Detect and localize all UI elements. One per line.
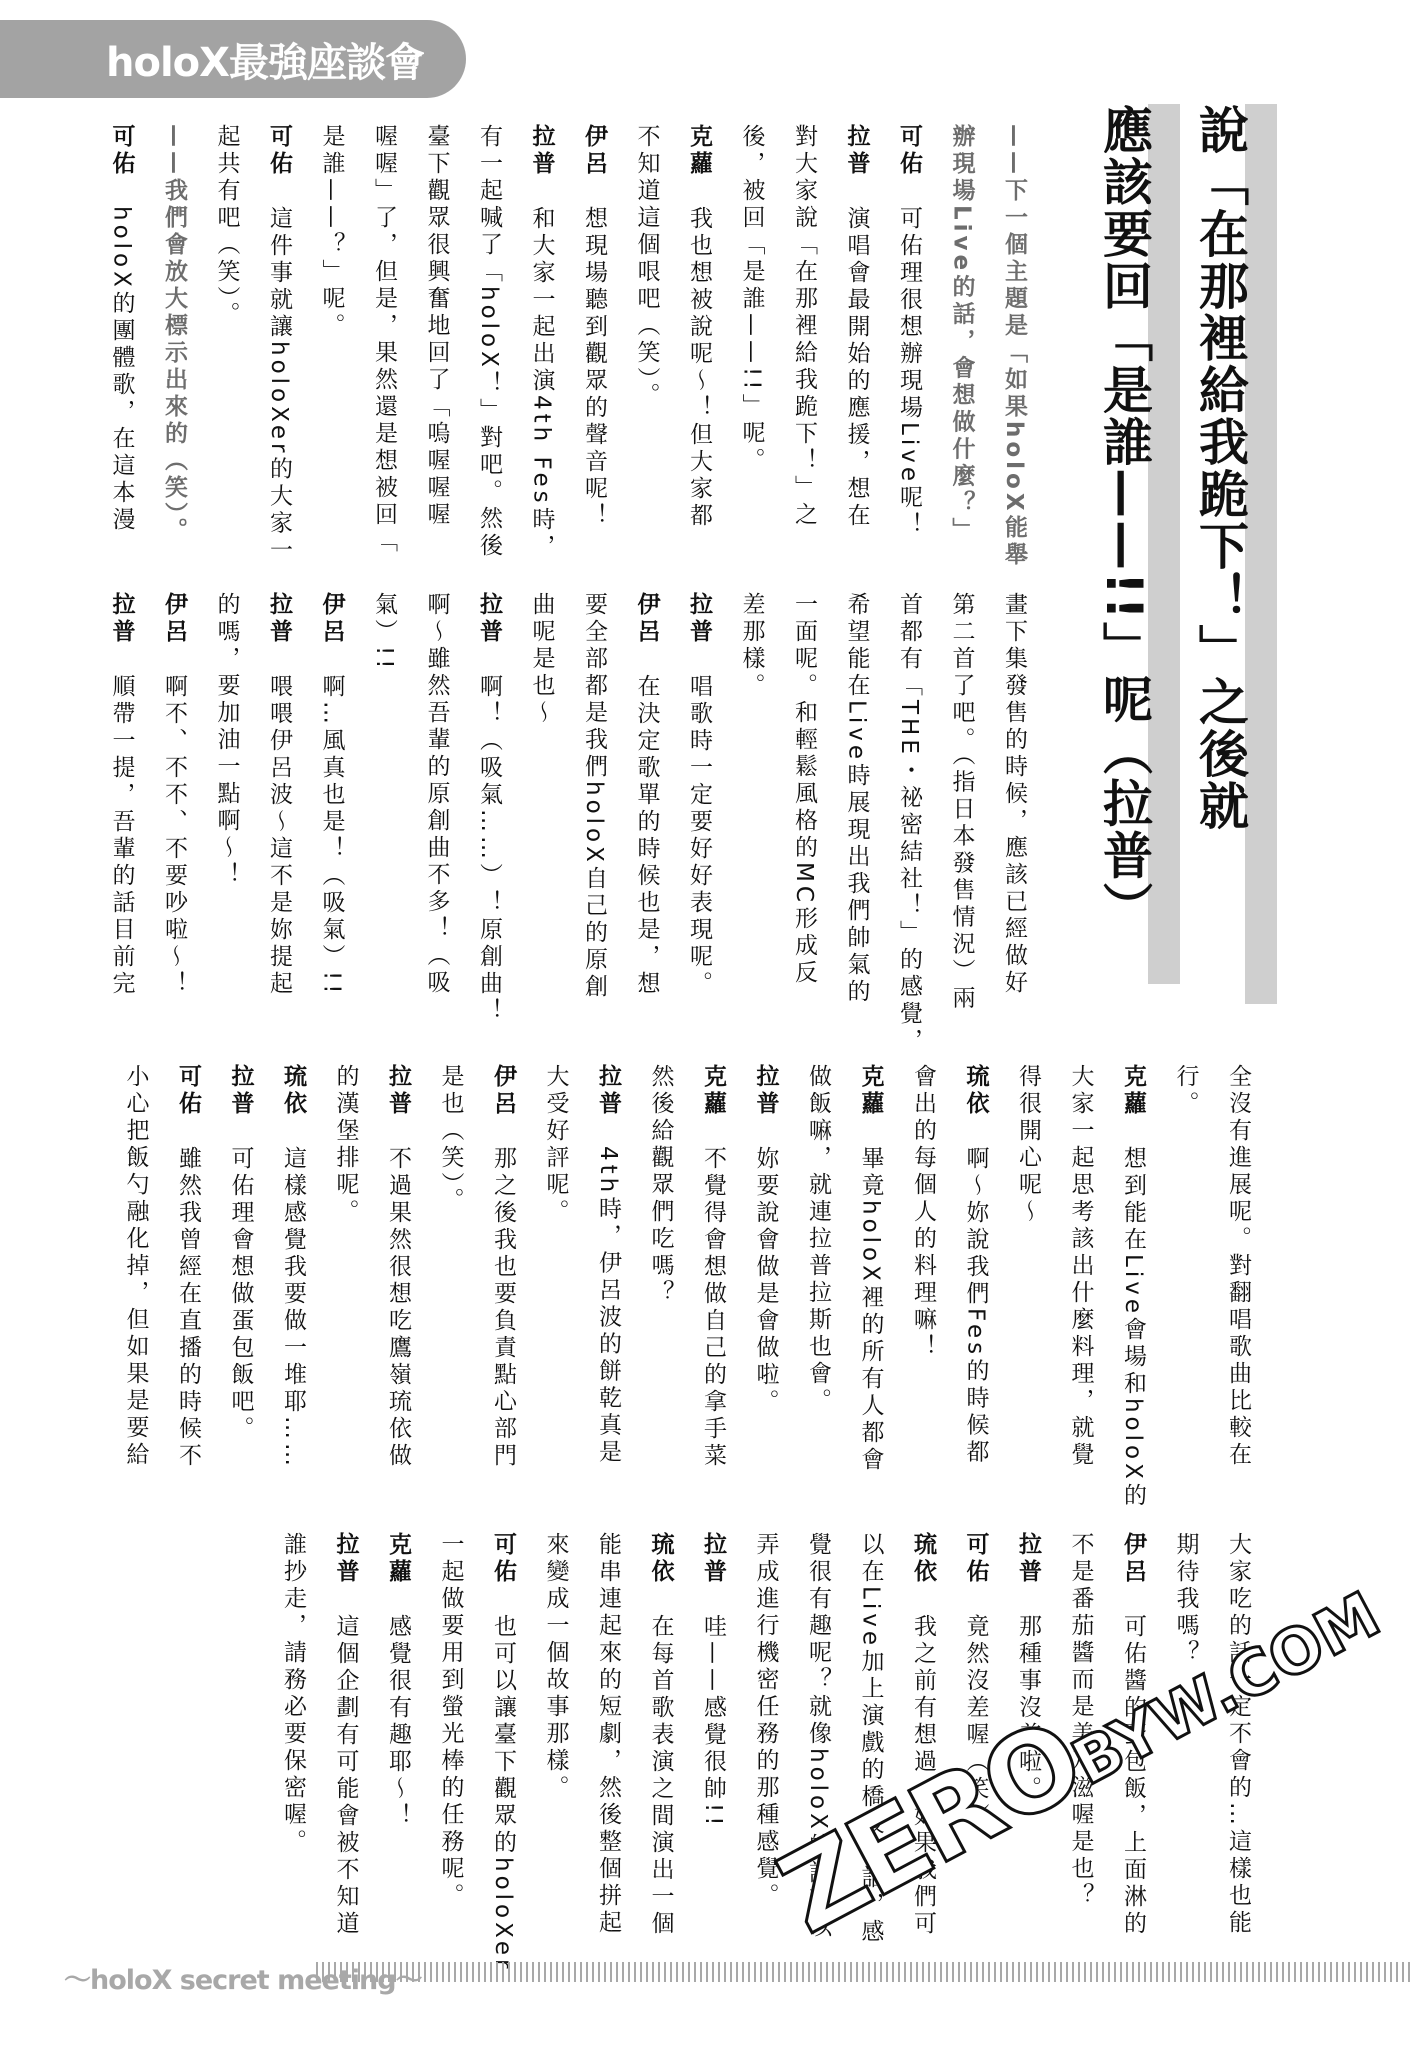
speech-line: 伊呂啊不、不不、不要吵啦～！ — [148, 592, 201, 1012]
series-title: holoX最強座談會 — [106, 31, 424, 88]
line-text: 我也想被說呢～！但大家都 — [686, 206, 712, 530]
line-text: 曲呢是也～ — [529, 592, 555, 727]
continuation-line: 來變成一個故事那樣。 — [529, 1532, 582, 1952]
line-text: 想現場聽到觀眾的聲音呢！ — [581, 206, 607, 530]
line-text: 首都有「THE・祕密結社！」的感覺， — [896, 592, 922, 1055]
line-text: 可佑理很想辦現場Live呢！ — [896, 206, 922, 539]
continuation-line: 起共有吧（笑）。 — [200, 124, 253, 544]
speech-line: 拉普妳要說會做是會做啦。 — [739, 1064, 792, 1484]
line-text: 大受好評呢。 — [543, 1064, 569, 1226]
line-text: 喂喂伊呂波～這不是妳提起 — [266, 674, 292, 998]
continuation-line: 氣）!! — [358, 592, 411, 1012]
interview-section-middle: 畫下集發售的時候，應該已經做好第二首了吧。（指日本發售情況）兩首都有「THE・祕… — [95, 592, 1040, 1012]
line-text: holoX的團體歌，在這本漫 — [109, 206, 135, 534]
continuation-line: 啊～雖然吾輩的原創曲不多！（吸 — [410, 592, 463, 1012]
speaker-name: 拉普 — [253, 592, 306, 646]
line-text: 喔喔」了，但是，果然還是想被回「 — [371, 124, 397, 556]
line-text: 大家一起思考該出什麼料理，就覺 — [1068, 1064, 1094, 1469]
speech-line: 琉依啊～妳說我們Fes的時候都 — [949, 1064, 1002, 1484]
line-text: 全沒有進展呢。對翻唱歌曲比較在 — [1225, 1064, 1251, 1469]
line-text: 是誰——？」呢。 — [319, 124, 345, 340]
line-text: 一起做要用到螢光棒的任務呢。 — [438, 1532, 464, 1910]
speaker-name: 琉依 — [267, 1064, 320, 1118]
continuation-line: 後，被回「是誰——!!」呢。 — [725, 124, 778, 544]
speaker-name: 伊呂 — [620, 592, 673, 646]
speech-line: 拉普喂喂伊呂波～這不是妳提起 — [253, 592, 306, 1012]
speech-line: 拉普4th時，伊呂波的餅乾真是 — [582, 1064, 635, 1484]
speech-line: 可佑holoX的團體歌，在這本漫 — [95, 124, 148, 544]
speaker-name: 克蘿 — [372, 1532, 425, 1586]
speech-line: 可佑也可以讓臺下觀眾的holoXer — [477, 1532, 530, 1952]
line-text: 有一起喊了「holoX！」對吧。然後 — [476, 124, 502, 560]
speaker-name: 克蘿 — [844, 1064, 897, 1118]
line-text: 和大家一起出演4th Fes時， — [529, 206, 555, 561]
speech-line: 克蘿我也想被說呢～！但大家都 — [673, 124, 726, 544]
continuation-line: 然後給觀眾們吃嗎？ — [634, 1064, 687, 1484]
line-text: 畢竟holoX裡的所有人都會 — [858, 1146, 884, 1474]
speech-line: 拉普不過果然很想吃鷹嶺琉依做 — [372, 1064, 425, 1484]
line-text: 的漢堡排呢。 — [333, 1064, 359, 1226]
speech-line: 拉普可佑理會想做蛋包飯吧。 — [214, 1064, 267, 1484]
line-text: 起共有吧（笑）。 — [214, 124, 240, 329]
speaker-name: 可佑 — [477, 1532, 530, 1586]
line-text: 做飯嘛，就連拉普拉斯也會。 — [805, 1064, 831, 1415]
line-text: 第二首了吧。（指日本發售情況）兩 — [949, 592, 975, 1013]
line-text: 不覺得會想做自己的拿手菜 — [700, 1146, 726, 1470]
speech-line: 拉普和大家一起出演4th Fes時， — [515, 124, 568, 544]
line-text: 在決定歌單的時候也是，想 — [634, 674, 660, 998]
line-text: 一面呢。和輕鬆風格的MC形成反 — [791, 592, 817, 987]
continuation-line: 差那樣。 — [725, 592, 778, 1012]
speech-line: 琉依這樣感覺我要做一堆耶…… — [267, 1064, 320, 1484]
line-text: ——我們會放大標示出來的（笑）。 — [161, 124, 187, 545]
speech-line: 克蘿感覺很有趣耶～！ — [372, 1532, 425, 1952]
speaker-name: 拉普 — [372, 1064, 425, 1118]
line-text: ——下一個主題是「如果holoX能舉 — [1001, 124, 1027, 569]
topic-question-line: ——下一個主題是「如果holoX能舉 — [988, 124, 1041, 544]
speaker-name: 琉依 — [897, 1532, 950, 1586]
line-text: 是也（笑）。 — [438, 1064, 464, 1215]
speaker-name: 可佑 — [253, 124, 306, 178]
line-text: 啊不、不不、不要吵啦～！ — [161, 674, 187, 998]
interview-section-top: ——下一個主題是「如果holoX能舉辦現場Live的話，會想做什麼？」可佑可佑理… — [95, 124, 1040, 544]
speaker-name: 伊呂 — [477, 1064, 530, 1118]
line-text: 不知道這個哏吧（笑）。 — [634, 124, 660, 410]
continuation-line: 會出的每個人的料理嘛！ — [897, 1064, 950, 1484]
line-text: 然後給觀眾們吃嗎？ — [648, 1064, 674, 1307]
footer-tick-rule — [316, 1962, 1414, 1982]
continuation-line: 行。 — [1159, 1064, 1212, 1484]
line-text: 得很開心呢～ — [1015, 1064, 1041, 1226]
speech-line: 拉普演唱會最開始的應援，想在 — [830, 124, 883, 544]
continuation-line: 全沒有進展呢。對翻唱歌曲比較在 — [1212, 1064, 1265, 1484]
speaker-name: 可佑 — [162, 1064, 215, 1118]
continuation-line: 不知道這個哏吧（笑）。 — [620, 124, 673, 544]
line-text: 那之後我也要負責點心部門 — [490, 1146, 516, 1470]
speaker-name: 克蘿 — [1107, 1064, 1160, 1118]
line-text: 可佑理會想做蛋包飯吧。 — [228, 1146, 254, 1443]
continuation-line: 喔喔」了，但是，果然還是想被回「 — [358, 124, 411, 544]
speech-line: 拉普這個企劃有可能會被不知道 — [319, 1532, 372, 1952]
continuation-line: 對大家說「在那裡給我跪下！」之 — [778, 124, 831, 544]
speech-line: 拉普哇——感覺很帥!! — [687, 1532, 740, 1952]
speaker-name: 琉依 — [949, 1064, 1002, 1118]
continuation-line: 大家一起思考該出什麼料理，就覺 — [1054, 1064, 1107, 1484]
speaker-name: 拉普 — [1002, 1532, 1055, 1586]
line-text: 會出的每個人的料理嘛！ — [910, 1064, 936, 1361]
continuation-line: 首都有「THE・祕密結社！」的感覺， — [883, 592, 936, 1012]
speaker-name: 可佑 — [883, 124, 936, 178]
line-text: 不過果然很想吃鷹嶺琉依做 — [385, 1146, 411, 1470]
speaker-name: 拉普 — [673, 592, 726, 646]
continuation-line: 做飯嘛，就連拉普拉斯也會。 — [792, 1064, 845, 1484]
continuation-line: 要全部都是我們holoX自己的原創 — [568, 592, 621, 1012]
series-header-tab: holoX最強座談會 — [0, 20, 466, 98]
line-text: 啊…風真也是！（吸氣）!! — [319, 674, 345, 997]
continuation-line: 小心把飯勺融化掉，但如果是要給 — [109, 1064, 162, 1484]
continuation-line: 臺下觀眾很興奮地回了「嗚喔喔喔 — [410, 124, 463, 544]
line-text: 來變成一個故事那樣。 — [543, 1532, 569, 1802]
speech-line: 可佑這件事就讓holoXer的大家一 — [253, 124, 306, 544]
line-text: 想到能在Live會場和holoX的 — [1120, 1146, 1146, 1510]
line-text: 差那樣。 — [739, 592, 765, 700]
continuation-line: 大受好評呢。 — [529, 1064, 582, 1484]
continuation-line: 一起做要用到螢光棒的任務呢。 — [424, 1532, 477, 1952]
speaker-name: 克蘿 — [687, 1064, 740, 1118]
line-text: 的嗎，要加油一點啊～！ — [214, 592, 240, 889]
continuation-line: 曲呢是也～ — [515, 592, 568, 1012]
continuation-line: 得很開心呢～ — [1002, 1064, 1055, 1484]
continuation-line: 誰抄走，請務必要保密喔。 — [267, 1532, 320, 1952]
continuation-line: 畫下集發售的時候，應該已經做好 — [988, 592, 1041, 1012]
speaker-name: 拉普 — [739, 1064, 792, 1118]
line-text: 這個企劃有可能會被不知道 — [333, 1614, 359, 1938]
line-text: 啊！（吸氣……）！原創曲！ — [476, 674, 502, 1025]
line-text: 4th時，伊呂波的餅乾真是 — [595, 1146, 621, 1466]
speaker-name: 伊呂 — [568, 124, 621, 178]
speaker-name: 拉普 — [687, 1532, 740, 1586]
continuation-line: 第二首了吧。（指日本發售情況）兩 — [935, 592, 988, 1012]
speech-line: 拉普順帶一提，吾輩的話目前完 — [95, 592, 148, 1012]
speaker-name: 拉普 — [515, 124, 568, 178]
interview-section-lower: 全沒有進展呢。對翻唱歌曲比較在行。克蘿想到能在Live會場和holoX的大家一起… — [109, 1064, 1264, 1484]
speaker-name: 可佑 — [949, 1532, 1002, 1586]
speech-line: 琉依在每首歌表演之間演出一個 — [634, 1532, 687, 1952]
speaker-name: 拉普 — [319, 1532, 372, 1586]
line-text: 唱歌時一定要好好表現呢。 — [686, 674, 712, 998]
line-text: 畫下集發售的時候，應該已經做好 — [1001, 592, 1027, 997]
line-text: 要全部都是我們holoX自己的原創 — [581, 592, 607, 1001]
speaker-name: 琉依 — [634, 1532, 687, 1586]
line-text: 雖然我曾經在直播的時候不 — [175, 1146, 201, 1470]
speech-line: 可佑可佑理很想辦現場Live呢！ — [883, 124, 936, 544]
line-text: 在每首歌表演之間演出一個 — [648, 1614, 674, 1938]
headline-line-1: 說「在那裡給我跪下！」之後就 — [1190, 104, 1250, 832]
continuation-line: 的嗎，要加油一點啊～！ — [200, 592, 253, 1012]
speech-line: 可佑雖然我曾經在直播的時候不 — [162, 1064, 215, 1484]
line-text: 小心把飯勺融化掉，但如果是要給 — [123, 1064, 149, 1469]
line-text: 辦現場Live的話，會想做什麼？」 — [949, 124, 975, 544]
line-text: 感覺很有趣耶～！ — [385, 1614, 411, 1830]
line-text: 後，被回「是誰——!!」呢。 — [739, 124, 765, 474]
speaker-name: 拉普 — [830, 124, 883, 178]
speech-line: 克蘿不覺得會想做自己的拿手菜 — [687, 1064, 740, 1484]
speech-line: 克蘿想到能在Live會場和holoX的 — [1107, 1064, 1160, 1484]
line-text: 演唱會最開始的應援，想在 — [844, 206, 870, 530]
topic-question-line: 辦現場Live的話，會想做什麼？」 — [935, 124, 988, 544]
speech-line: 伊呂那之後我也要負責點心部門 — [477, 1064, 530, 1484]
speech-line: 伊呂想現場聽到觀眾的聲音呢！ — [568, 124, 621, 544]
line-text: 這樣感覺我要做一堆耶…… — [280, 1146, 306, 1470]
line-text: 誰抄走，請務必要保密喔。 — [280, 1532, 306, 1856]
line-text: 行。 — [1173, 1064, 1199, 1118]
speech-line: 伊呂啊…風真也是！（吸氣）!! — [305, 592, 358, 1012]
line-text: 啊～妳說我們Fes的時候都 — [963, 1146, 989, 1466]
continuation-line: 的漢堡排呢。 — [319, 1064, 372, 1484]
speaker-name: 可佑 — [95, 124, 148, 178]
headline-line-2: 應該要回「是誰——!!」呢（拉普） — [1094, 104, 1154, 934]
speaker-name: 拉普 — [463, 592, 516, 646]
continuation-line: 有一起喊了「holoX！」對吧。然後 — [463, 124, 516, 544]
line-text: 對大家說「在那裡給我跪下！」之 — [791, 124, 817, 529]
speaker-name: 伊呂 — [305, 592, 358, 646]
line-text: 臺下觀眾很興奮地回了「嗚喔喔喔 — [424, 124, 450, 529]
speaker-name: 拉普 — [214, 1064, 267, 1118]
continuation-line: 一面呢。和輕鬆風格的MC形成反 — [778, 592, 831, 1012]
continuation-line: 是誰——？」呢。 — [305, 124, 358, 544]
topic-question-line: ——我們會放大標示出來的（笑）。 — [148, 124, 201, 544]
speech-line: 拉普啊！（吸氣……）！原創曲！ — [463, 592, 516, 1012]
line-text: 順帶一提，吾輩的話目前完 — [109, 674, 135, 998]
speaker-name: 拉普 — [582, 1064, 635, 1118]
line-text: 妳要說會做是會做啦。 — [753, 1146, 779, 1416]
continuation-line: 是也（笑）。 — [424, 1064, 477, 1484]
continuation-line: 希望能在Live時展現出我們帥氣的 — [830, 592, 883, 1012]
line-text: 氣）!! — [371, 592, 397, 672]
line-text: 能串連起來的短劇，然後整個拼起 — [595, 1532, 621, 1937]
line-text: 也可以讓臺下觀眾的holoXer — [490, 1614, 516, 1972]
speech-line: 伊呂在決定歌單的時候也是，想 — [620, 592, 673, 1012]
line-text: 這件事就讓holoXer的大家一 — [266, 206, 292, 564]
speaker-name: 克蘿 — [673, 124, 726, 178]
line-text: 啊～雖然吾輩的原創曲不多！（吸 — [424, 592, 450, 997]
speaker-name: 伊呂 — [148, 592, 201, 646]
speaker-name: 伊呂 — [1107, 1532, 1160, 1586]
speech-line: 拉普唱歌時一定要好好表現呢。 — [673, 592, 726, 1012]
speaker-name: 拉普 — [95, 592, 148, 646]
continuation-line: 能串連起來的短劇，然後整個拼起 — [582, 1532, 635, 1952]
line-text: 希望能在Live時展現出我們帥氣的 — [844, 592, 870, 1006]
line-text: 哇——感覺很帥!! — [700, 1614, 726, 1829]
speech-line: 克蘿畢竟holoX裡的所有人都會 — [844, 1064, 897, 1484]
